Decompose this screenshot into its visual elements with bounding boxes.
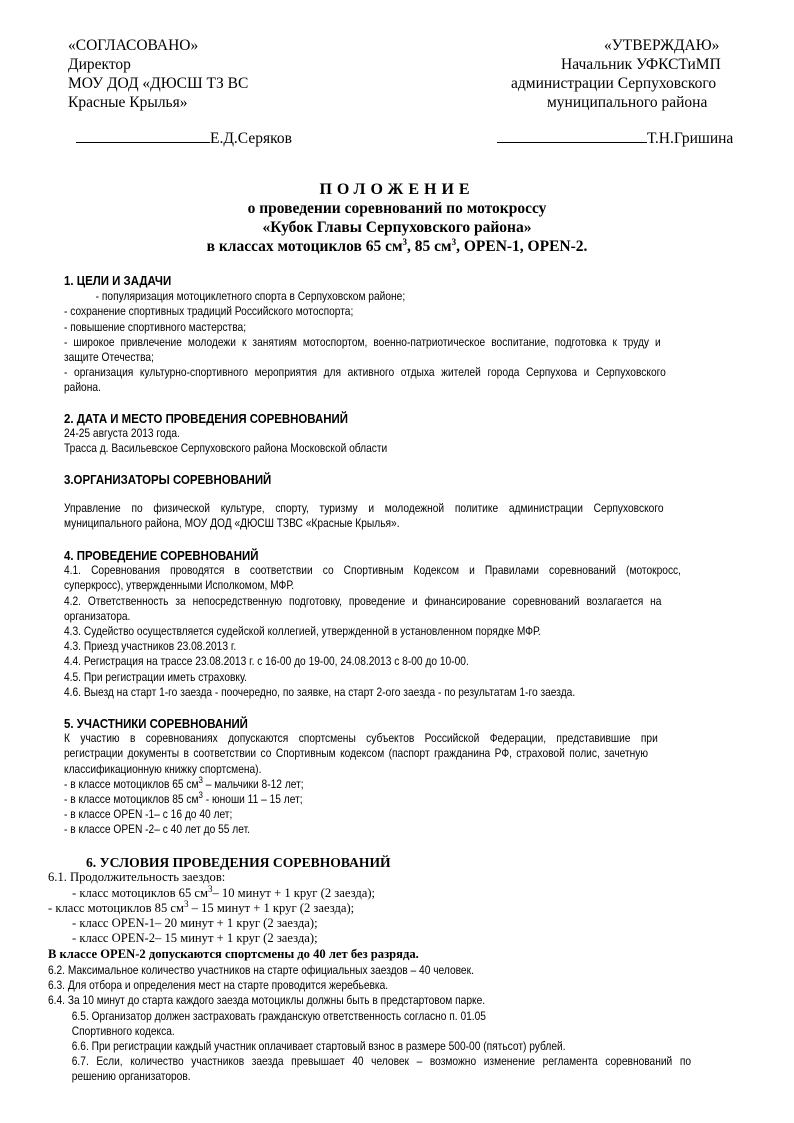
approval-right-org-line2: муниципального района [547, 93, 707, 112]
paragraph-line: К участию в соревнованиях допускаются сп… [64, 731, 768, 746]
title-line4: в классах мотоциклов 65 см3, 85 см3, OPE… [0, 237, 794, 256]
section-conditions: 6. УСЛОВИЯ ПРОВЕДЕНИЯ СОРЕВНОВАНИЙ 6.1. … [48, 855, 419, 962]
paragraph-line: 4.3. Судейство осуществляется судейской … [64, 624, 768, 639]
signatory-right: Т.Н.Гришина [647, 130, 733, 147]
paragraph-line: суперкросс), утвержденными Исполкомом, М… [64, 578, 768, 593]
section-heading: 4. ПРОВЕДЕНИЕ СОРЕВНОВАНИЙ [64, 548, 768, 563]
list-item: - организация культурно-спортивного меро… [64, 365, 768, 380]
section-heading: 5. УЧАСТНИКИ СОРЕВНОВАНИЙ [64, 716, 768, 731]
section-heading: 2. ДАТА И МЕСТО ПРОВЕДЕНИЯ СОРЕВНОВАНИЙ [64, 411, 768, 426]
paragraph-line: решению организаторов. [72, 1069, 752, 1084]
class-item: - в классе мотоциклов 85 см3 - юноши 11 … [64, 792, 768, 807]
list-item: - повышение спортивного мастерства; [64, 320, 768, 335]
paragraph-line: 4.5. При регистрации иметь страховку. [64, 670, 768, 685]
paragraph-line: Спортивного кодекса. [72, 1024, 752, 1039]
document-title: ПОЛОЖЕНИЕ о проведении соревнований по м… [0, 180, 794, 256]
class-item: - в классе мотоциклов 65 см3 – мальчики … [64, 777, 768, 792]
paragraph-line: Управление по физической культуре, спорт… [64, 501, 768, 516]
duration-item: - класс мотоциклов 85 см3 – 15 минут + 1… [48, 901, 419, 916]
title-main: ПОЛОЖЕНИЕ [0, 180, 794, 199]
duration-item: - класс OPEN-1– 20 минут + 1 круг (2 зае… [48, 916, 419, 931]
section-conditions-items: 6.2. Максимальное количество участников … [48, 963, 752, 1085]
list-item: - популяризация мотоциклетного спорта в … [64, 289, 768, 304]
section-goals: 1. ЦЕЛИ И ЗАДАЧИ - популяризация мотоцик… [64, 273, 768, 396]
list-item: - сохранение спортивных традиций Российс… [64, 304, 768, 319]
title-line2: о проведении соревнований по мотокроссу [0, 199, 794, 218]
paragraph-line: 6.6. При регистрации каждый участник опл… [72, 1039, 752, 1054]
paragraph-line: 4.2. Ответственность за непосредственную… [64, 594, 768, 609]
section-date-place: 2. ДАТА И МЕСТО ПРОВЕДЕНИЯ СОРЕВНОВАНИЙ … [64, 411, 768, 457]
list-item: защите Отечества; [64, 350, 768, 365]
duration-item: - класс мотоциклов 65 см3– 10 минут + 1 … [48, 886, 419, 901]
bold-note: В классе OPEN-2 допускаются спортсмены д… [48, 947, 419, 962]
list-item: района. [64, 380, 768, 395]
class-text: - в классе мотоциклов 65 см [64, 778, 199, 791]
approval-left-label: «СОГЛАСОВАНО» [68, 36, 248, 55]
section-participants: 5. УЧАСТНИКИ СОРЕВНОВАНИЙ К участию в со… [64, 716, 768, 838]
approval-left-role: Директор [68, 55, 248, 74]
approval-right-label: «УТВЕРЖДАЮ» [604, 36, 719, 55]
list-item: - широкое привлечение молодежи к занятия… [64, 335, 768, 350]
approval-left-org-line1: МОУ ДОД «ДЮСШ ТЗ ВС [68, 74, 248, 93]
section-heading: 3.ОРГАНИЗАТОРЫ СОРЕВНОВАНИЙ [64, 472, 768, 487]
approval-left-block: «СОГЛАСОВАНО» Директор МОУ ДОД «ДЮСШ ТЗ … [68, 36, 248, 112]
duration-title: 6.1. Продолжительность заездов: [48, 870, 419, 885]
section-heading: 1. ЦЕЛИ И ЗАДАЧИ [64, 273, 768, 289]
approval-left-org-line2: Красные Крылья» [68, 93, 248, 112]
title-line4-mid: , 85 см [407, 238, 452, 255]
section-conduct: 4. ПРОВЕДЕНИЕ СОРЕВНОВАНИЙ 4.1. Соревнов… [64, 548, 768, 700]
duration-text: – 15 минут + 1 круг (2 заезда); [188, 901, 354, 915]
paragraph-line: 4.1. Соревнования проводятся в соответст… [64, 563, 768, 578]
class-item: - в классе OPEN -2– с 40 лет до 55 лет. [64, 822, 768, 837]
paragraph-line: 6.5. Организатор должен застраховать гра… [72, 1009, 752, 1024]
duration-text: - класс мотоциклов 65 см [72, 886, 208, 900]
title-line4-prefix: в классах мотоциклов 65 см [207, 238, 403, 255]
approval-right-role: Начальник УФКСТиМП [561, 55, 721, 74]
signatory-left: Е.Д.Серяков [210, 130, 292, 147]
paragraph-line: 6.3. Для отбора и определения мест на ст… [48, 978, 752, 993]
paragraph-line: классификационную книжку спортсмена). [64, 762, 768, 777]
paragraph-line: 4.3. Приезд участников 23.08.2013 г. [64, 639, 768, 654]
class-item: - в классе OPEN -1– с 16 до 40 лет; [64, 807, 768, 822]
duration-text: - класс мотоциклов 85 см [48, 901, 184, 915]
paragraph-line: муниципального района, МОУ ДОД «ДЮСШ ТЗВ… [64, 516, 768, 531]
duration-item: - класс OPEN-2– 15 минут + 1 круг (2 зае… [48, 931, 419, 946]
paragraph-line: 6.4. За 10 минут до старта каждого заезд… [48, 993, 752, 1008]
class-text: - юноши 11 – 15 лет; [203, 793, 303, 806]
title-line4-suffix: , OPEN-1, OPEN-2. [456, 238, 587, 255]
paragraph-line: регистрации документы в соответствии со … [64, 746, 768, 761]
duration-text: – 10 минут + 1 круг (2 заезда); [212, 886, 375, 900]
section-organizers: 3.ОРГАНИЗАТОРЫ СОРЕВНОВАНИЙ Управление п… [64, 472, 768, 532]
signature-right: Т.Н.Гришина [497, 128, 733, 148]
paragraph-line: 6.2. Максимальное количество участников … [48, 963, 752, 978]
approval-right-org-line1: администрации Серпуховского [511, 74, 716, 93]
signature-line-left [76, 128, 210, 143]
event-date: 24-25 августа 2013 года. [64, 426, 768, 441]
paragraph-line: 4.6. Выезд на старт 1-го заезда - поочер… [64, 685, 768, 700]
paragraph-line: организатора. [64, 609, 768, 624]
section-heading: 6. УСЛОВИЯ ПРОВЕДЕНИЯ СОРЕВНОВАНИЙ [48, 855, 419, 870]
class-text: - в классе мотоциклов 85 см [64, 793, 199, 806]
signature-line-right [497, 128, 647, 143]
paragraph-line: 6.7. Если, количество участников заезда … [72, 1054, 752, 1069]
event-place: Трасса д. Васильевское Серпуховского рай… [64, 441, 768, 456]
signature-left: Е.Д.Серяков [76, 128, 292, 148]
class-text: – мальчики 8-12 лет; [203, 778, 304, 791]
title-line3: «Кубок Главы Серпуховского района» [0, 218, 794, 237]
paragraph-line: 4.4. Регистрация на трассе 23.08.2013 г.… [64, 654, 768, 669]
